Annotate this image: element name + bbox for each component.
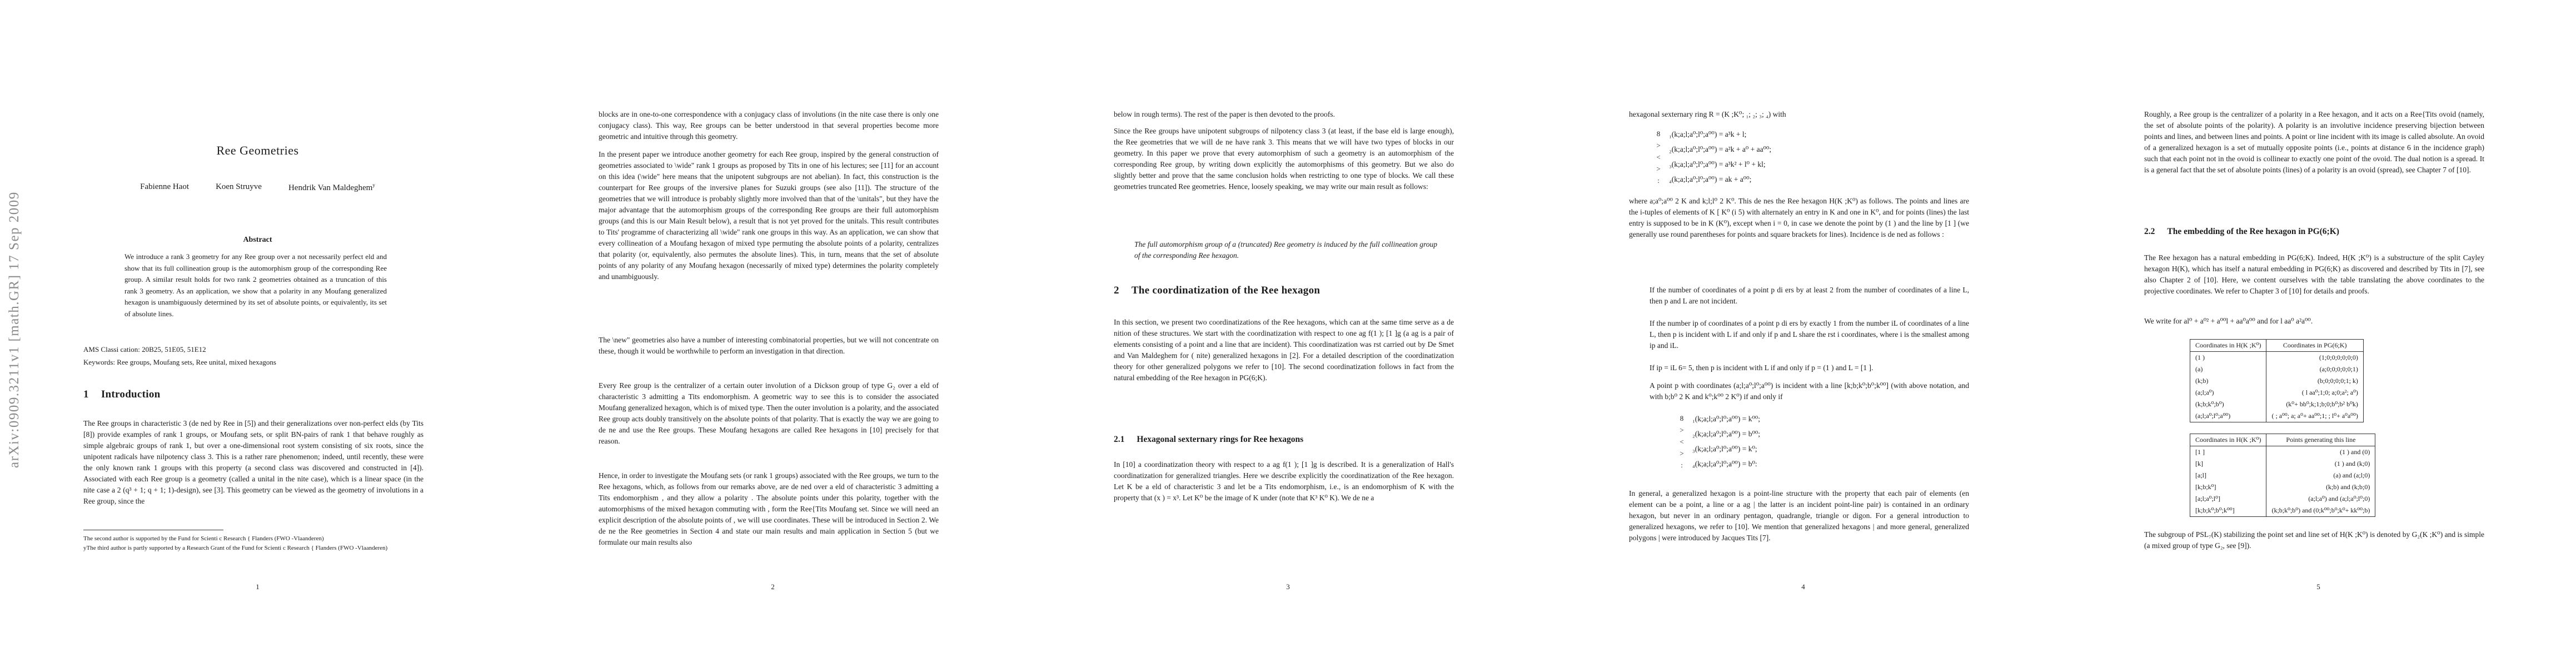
footnote-rule — [83, 530, 223, 530]
incidence-rule-1: If the number of coordinates of a point … — [1650, 285, 1969, 307]
paragraph: In this section, we present two coordina… — [1114, 317, 1454, 384]
table-row: (k;b;k⁰;b⁰)(k⁰+ bb⁰;k;1;b;0;b⁰;b² b⁰k) — [2190, 399, 2364, 410]
table-row: [k;b;k⁰;b⁰;k⁰⁰](k;b;k⁰;b⁰) and (0;k⁰⁰;b⁰… — [2190, 505, 2375, 517]
author-2: Koen Struyve — [216, 182, 262, 193]
table-row: [a;l](a) and (a;l;0) — [2190, 470, 2375, 481]
page-number-5: 5 — [2061, 583, 2576, 591]
left-brace-glyph: 8><>: — [1655, 127, 1662, 186]
equation-line: ₃(k;a;l;a⁰;l⁰;a⁰⁰) = a³k² + l⁰ + kl; — [1669, 157, 1771, 172]
paper-spread: { "sidebar": { "text": "arXiv:0909.3211v… — [0, 0, 2576, 667]
paragraph: The subgroup of PSL₇(K) stabilizing the … — [2144, 529, 2484, 551]
line-coordinates-table: Coordinates in H(K ;K⁰) Points generatin… — [2190, 434, 2375, 517]
page-3: below in rough terms). The rest of the p… — [1030, 0, 1546, 667]
section-2-heading: 2The coordinatization of the Ree hexagon — [1114, 285, 1320, 297]
ams-classification: AMS Classi cation: 20B25, 51E05, 51E12 — [83, 345, 206, 354]
equation-line: ₁(k;a;l;a⁰;l⁰;a⁰⁰) = k⁰⁰; — [1692, 411, 1760, 426]
table-header-cell: Coordinates in H(K ;K⁰) — [2190, 434, 2266, 446]
equation-line: ₂(k;a;l;a⁰;l⁰;a⁰⁰) = a²k + a⁰ + aa⁰⁰; — [1669, 142, 1771, 157]
footnote-2: yThe third author is partly supported by… — [83, 544, 423, 552]
paragraph: below in rough terms). The rest of the p… — [1114, 109, 1454, 120]
author-1: Fabienne Haot — [140, 182, 189, 193]
table-row: [k;b;k⁰](k;b) and (k;b;0) — [2190, 481, 2375, 493]
paragraph: In general, a generalized hexagon is a p… — [1629, 488, 1969, 544]
page-5: Roughly, a Ree group is the centralizer … — [2061, 0, 2576, 667]
equation-line: ₄(k;a;l;a⁰;l⁰;a⁰⁰) = b⁰: — [1692, 456, 1760, 471]
table-header-cell: Points generating this line — [2266, 434, 2375, 446]
paragraph: Since the Ree groups have unipotent subg… — [1114, 126, 1454, 192]
equation-line: ₄(k;a;l;a⁰;l⁰;a⁰⁰) = ak + a⁰⁰; — [1669, 172, 1771, 187]
table-row: (a;l;a⁰;l⁰;a⁰⁰)( ; a⁰⁰; a; a⁰+ aa⁰⁰;1; ;… — [2190, 410, 2364, 422]
author-3: Hendrik Van Maldeghemy — [288, 182, 375, 193]
equation-block-incidence-conditions: 8><>: ₁(k;a;l;a⁰;l⁰;a⁰⁰) = k⁰⁰; ₂(k;a;l;… — [1678, 411, 1760, 471]
paragraph: The Ree hexagon has a natural embedding … — [2144, 252, 2484, 297]
table-row: (a;l;a⁰)( l aa⁰;1;0; a;0;a²; a⁰) — [2190, 387, 2364, 399]
equation-line: ₂(k;a;l;a⁰;l⁰;a⁰⁰) = b⁰⁰; — [1692, 426, 1760, 441]
table-row: (k;b)(b;0;0;0;0;1; k) — [2190, 375, 2364, 387]
paragraph: Roughly, a Ree group is the centralizer … — [2144, 109, 2484, 176]
equation-block-psi-definitions: 8><>: ₁(k;a;l;a⁰;l⁰;a⁰⁰) = a³k + l; ₂(k;… — [1655, 127, 1771, 187]
page-number-1: 1 — [0, 583, 515, 591]
subsection-2-1-heading: 2.1Hexagonal sexternary rings for Ree he… — [1114, 435, 1303, 445]
incidence-rule-3: If ip = iL 6= 5, then p is incident with… — [1650, 362, 1969, 374]
author-list: Fabienne Haot Koen Struyve Hendrik Van M… — [0, 182, 515, 193]
point-coordinates-table: Coordinates in H(K ;K⁰) Coordinates in P… — [2190, 339, 2364, 422]
paragraph: Every Ree group is the centralizer of a … — [599, 380, 939, 447]
equation-lines: ₁(k;a;l;a⁰;l⁰;a⁰⁰) = a³k + l; ₂(k;a;l;a⁰… — [1669, 127, 1771, 187]
table-row: [a;l;a⁰;l⁰](a;l;a⁰) and (a;l;a⁰;l⁰;0) — [2190, 493, 2375, 505]
table-header-cell: Coordinates in PG(6;K) — [2266, 340, 2363, 352]
footnote-1: The second author is supported by the Fu… — [83, 534, 423, 543]
equation-line: ₃(k;a;l;a⁰;l⁰;a⁰⁰) = k⁰; — [1692, 441, 1760, 456]
author-3-footnote-mark: y — [372, 182, 375, 188]
page-1: arXiv:0909.3211v1 [math.GR] 17 Sep 2009 … — [0, 0, 515, 667]
subsection-2-2-heading: 2.2The embedding of the Ree hexagon in P… — [2144, 227, 2339, 237]
paragraph: In [10] a coordinatization theory with r… — [1114, 459, 1454, 504]
paragraph: In the present paper we introduce anothe… — [599, 149, 939, 282]
incidence-rule-2: If the number ip of coordinates of a poi… — [1650, 318, 1969, 351]
paper-title: Ree Geometries — [0, 143, 515, 158]
paragraph: where a;a⁰;a⁰⁰ 2 K and k;l;l⁰ 2 K⁰. This… — [1629, 196, 1969, 240]
table-header-cell: Coordinates in H(K ;K⁰) — [2190, 340, 2266, 352]
intro-paragraph: The Ree groups in characteristic 3 (de n… — [83, 418, 423, 507]
keywords-line: Keywords: Ree groups, Moufang sets, Ree … — [83, 358, 276, 367]
page-number-3: 3 — [1030, 583, 1546, 591]
paragraph: hexagonal sexternary ring R = (K ;K⁰; ₁;… — [1629, 109, 1969, 120]
incidence-rule-4: A point p with coordinates (a;l;a⁰;l⁰;a⁰… — [1650, 380, 1969, 402]
left-brace-glyph: 8><>: — [1678, 411, 1686, 471]
equation-lines: ₁(k;a;l;a⁰;l⁰;a⁰⁰) = k⁰⁰; ₂(k;a;l;a⁰;l⁰;… — [1692, 411, 1760, 471]
page-number-4: 4 — [1546, 583, 2061, 591]
paragraph: Hence, in order to investigate the Moufa… — [599, 470, 939, 548]
page-4: hexagonal sexternary ring R = (K ;K⁰; ₁;… — [1546, 0, 2061, 667]
paragraph: We write for al⁰ + a⁰² + a⁰⁰l + aa⁰a⁰⁰ a… — [2144, 316, 2484, 327]
abstract-text: We introduce a rank 3 geometry for any R… — [124, 251, 387, 320]
abstract-heading: Abstract — [0, 236, 515, 245]
main-result-statement: The full automorphism group of a (trunca… — [1134, 239, 1437, 261]
table-row: [1 ](1 ) and (0) — [2190, 446, 2375, 459]
section-1-heading: 1Introduction — [83, 389, 161, 401]
equation-line: ₁(k;a;l;a⁰;l⁰;a⁰⁰) = a³k + l; — [1669, 127, 1771, 142]
arxiv-watermark: arXiv:0909.3211v1 [math.GR] 17 Sep 2009 — [7, 84, 22, 468]
table-row: [k](1 ) and (k;0) — [2190, 458, 2375, 470]
page-number-2: 2 — [515, 583, 1030, 591]
paragraph: The \new" geometries also have a number … — [599, 335, 939, 357]
paragraph: blocks are in one-to-one correspondence … — [599, 109, 939, 142]
table-row: (a)(a;0;0;0;0;0;1) — [2190, 364, 2364, 375]
page-2: blocks are in one-to-one correspondence … — [515, 0, 1030, 667]
table-row: (1 )(1;0;0;0;0;0;0) — [2190, 352, 2364, 364]
